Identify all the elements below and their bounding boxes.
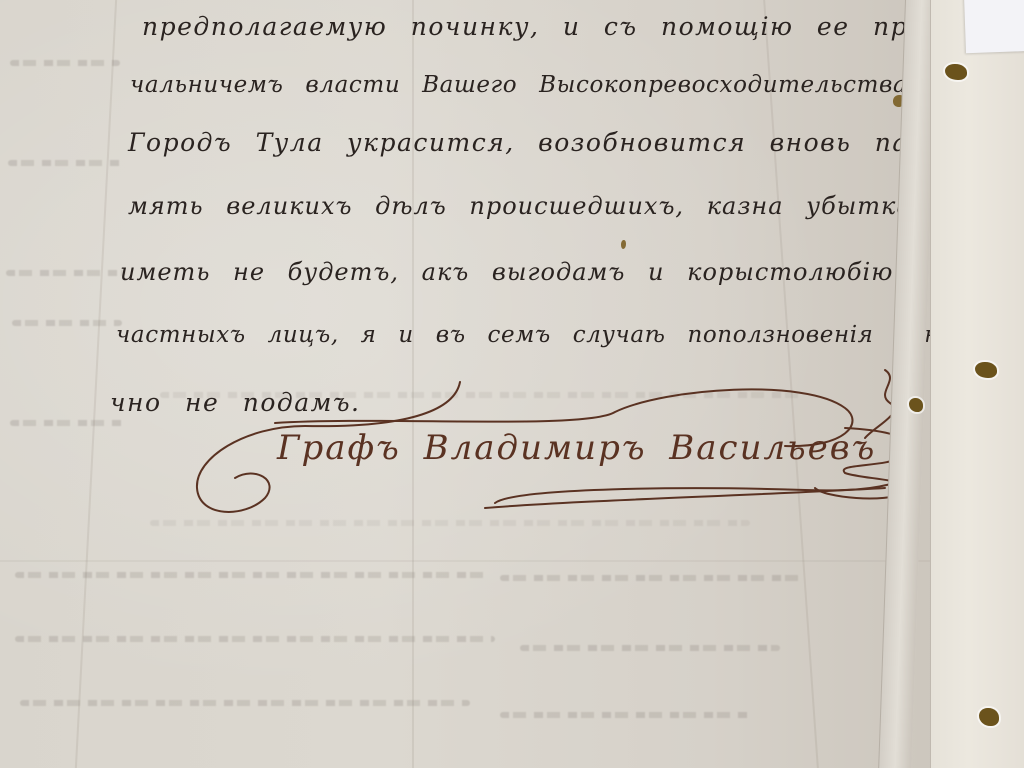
bleed-through-text [500,712,750,718]
page-fold-line [0,560,945,562]
manuscript-line: предполагаемую починку, и съ помощію ее … [142,12,983,41]
manuscript-line: Городъ Тула украсится, возобновится внов… [128,128,909,157]
signature: Графъ Владимиръ Васильевъ [185,368,935,538]
page-fold-line [75,0,117,768]
manuscript-line: мять великихъ дѣлъ происшедшихъ, казна у… [128,192,912,220]
bleed-through-text [15,636,495,642]
bleed-through-text [6,270,126,276]
bleed-through-text [12,320,122,326]
manuscript-line: чальничемъ власти Вашего Высокопревосход… [130,72,907,98]
bleed-through-text [520,645,780,651]
punch-hole-icon [975,362,997,378]
archive-folder [930,0,1024,768]
manuscript-scene: предполагаемую починку, и съ помощію ее … [0,0,1024,768]
bleed-through-text [20,700,470,706]
manuscript-page: предполагаемую починку, и съ помощію ее … [0,0,945,768]
bleed-through-text [15,572,485,578]
paper-slip [964,0,1024,53]
manuscript-line: частныхъ лицъ, я и въ семъ случаѣ пополз… [116,322,954,348]
bleed-through-text [8,160,123,166]
manuscript-line: иметь не будетъ, акъ выгодамъ и корыстол… [120,258,893,286]
bleed-through-text [10,60,120,66]
punch-hole-icon [909,398,923,412]
bleed-through-text [500,575,800,581]
punch-hole-icon [979,708,999,726]
signature-text: Графъ Владимиръ Васильевъ [277,428,876,468]
bleed-through-text [10,420,125,426]
punch-hole-icon [945,64,967,80]
ink-stain [621,240,626,249]
